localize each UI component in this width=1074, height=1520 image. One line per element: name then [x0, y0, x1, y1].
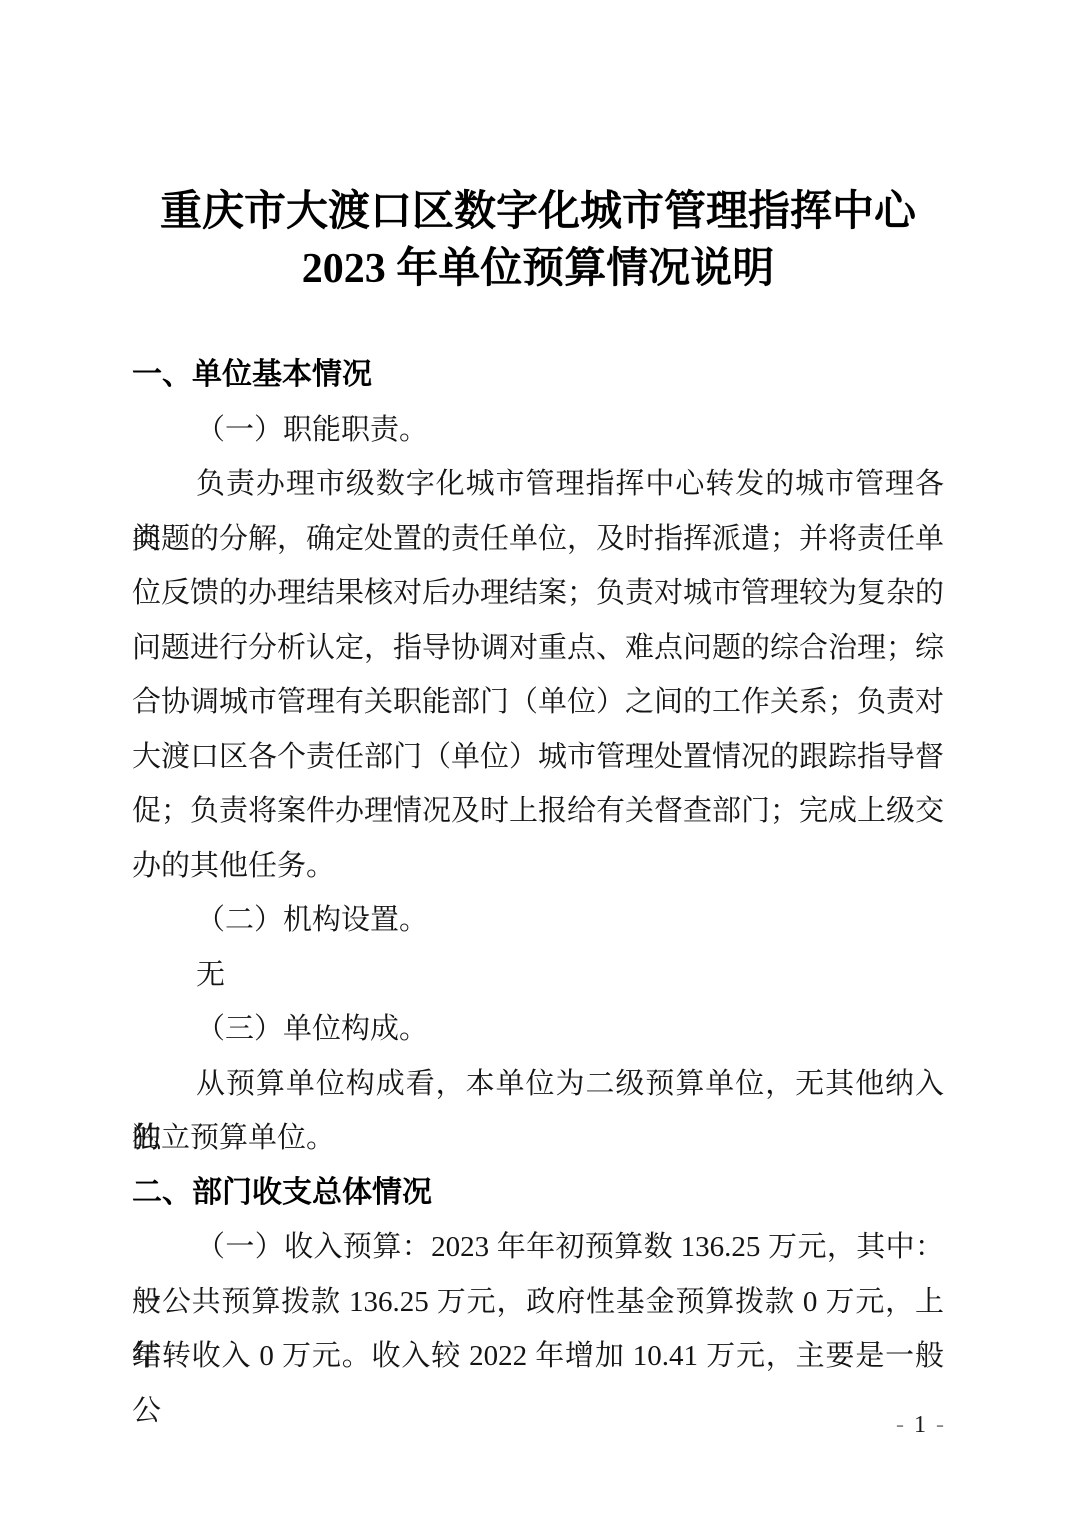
- page-number-dash-left: -: [892, 1412, 908, 1438]
- page-number: -1-: [892, 1410, 948, 1440]
- text-line: 问题的分解，确定处置的责任单位，及时指挥派遣；并将责任单: [132, 512, 944, 567]
- page-number-value: 1: [908, 1412, 932, 1438]
- text-line: 位反馈的办理结果核对后办理结案；负责对城市管理较为复杂的: [132, 566, 944, 621]
- text-line: （一）收入预算：2023 年年初预算数 136.25 万元，其中：一: [132, 1220, 944, 1275]
- document-title-line-2: 2023 年单位预算情况说明: [132, 241, 944, 298]
- document-title: 重庆市大渡口区数字化城市管理指挥中心 2023 年单位预算情况说明: [132, 184, 944, 298]
- text-line: 从预算单位构成看，本单位为二级预算单位，无其他纳入的: [132, 1057, 944, 1112]
- text-line: 促；负责将案件办理情况及时上报给有关督查部门；完成上级交: [132, 784, 944, 839]
- page-number-dash-right: -: [932, 1412, 948, 1438]
- document-page: { "document": { "title_lines": [ "重庆市大渡口…: [0, 0, 1074, 1520]
- text-line: 合协调城市管理有关职能部门（单位）之间的工作关系；负责对: [132, 675, 944, 730]
- text-line: 大渡口区各个责任部门（单位）城市管理处置情况的跟踪指导督: [132, 730, 944, 785]
- sub-heading-1-3: （三）单位构成。: [132, 1002, 944, 1057]
- text-line: 独立预算单位。: [132, 1111, 944, 1166]
- section-heading-2: 二、部门收支总体情况: [132, 1166, 944, 1221]
- section-heading-1: 一、单位基本情况: [132, 348, 944, 403]
- text-line: 般公共预算拨款 136.25 万元，政府性基金预算拨款 0 万元，上年: [132, 1275, 944, 1330]
- text-line: 负责办理市级数字化城市管理指挥中心转发的城市管理各类: [132, 457, 944, 512]
- document-body: 一、单位基本情况 （一）职能职责。 负责办理市级数字化城市管理指挥中心转发的城市…: [132, 348, 944, 1384]
- sub-heading-1-1: （一）职能职责。: [132, 403, 944, 458]
- text-line: 办的其他任务。: [132, 839, 944, 894]
- text-line: 无: [132, 948, 944, 1003]
- text-line: 结转收入 0 万元。收入较 2022 年增加 10.41 万元，主要是一般公: [132, 1329, 944, 1384]
- page-content: 重庆市大渡口区数字化城市管理指挥中心 2023 年单位预算情况说明 一、单位基本…: [132, 184, 944, 1384]
- document-title-line-1: 重庆市大渡口区数字化城市管理指挥中心: [132, 184, 944, 241]
- text-line: 问题进行分析认定，指导协调对重点、难点问题的综合治理；综: [132, 621, 944, 676]
- sub-heading-1-2: （二）机构设置。: [132, 893, 944, 948]
